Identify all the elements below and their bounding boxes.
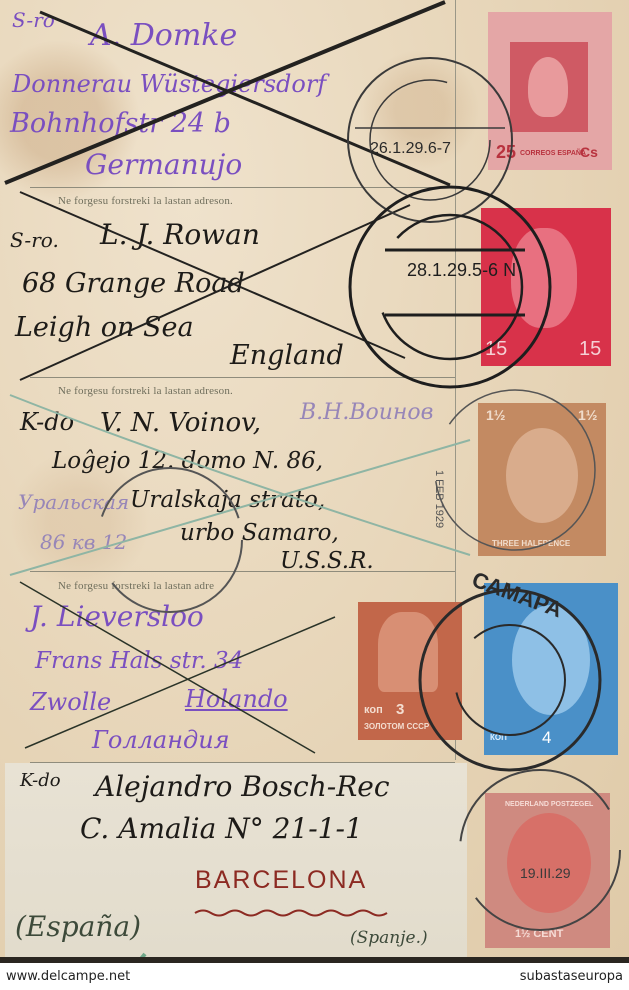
postmark-3-date: 1 FEB 1929 [433, 470, 445, 528]
watermark-subastaseuropa: subastaseuropa [520, 969, 623, 984]
postmark-5-date: 19.III.29 [520, 865, 571, 881]
watermark-delcampe: www.delcampe.net [6, 969, 130, 984]
postcard: Ne forgesu forstreki la lastan adreson. … [0, 0, 629, 963]
postmark-1-date: 26.1.29.6-7 [370, 140, 451, 158]
watermark-bar: www.delcampe.net subastaseuropa [0, 963, 629, 990]
ink-overlay [0, 0, 629, 963]
postmark-2-date: 28.1.29.5-6 N [407, 260, 516, 281]
